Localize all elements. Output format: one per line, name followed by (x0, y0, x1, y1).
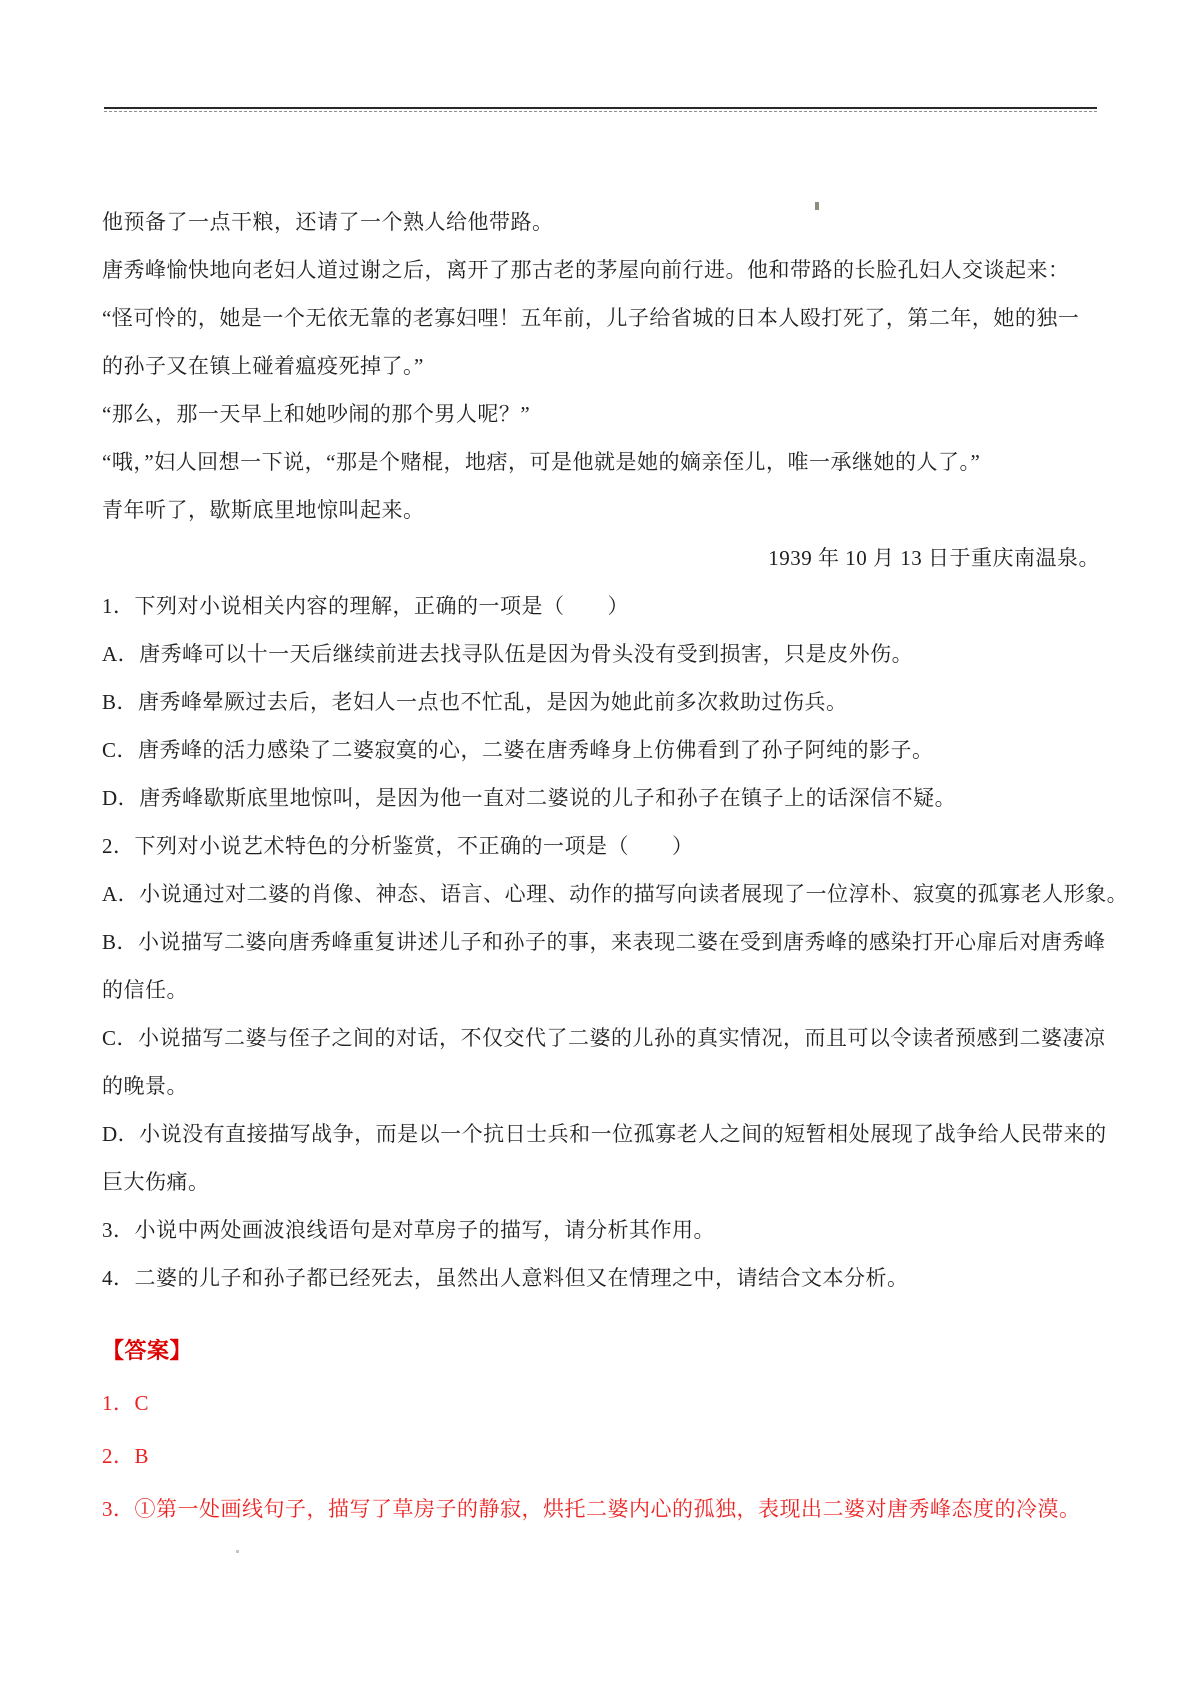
answer-1: 1．C (102, 1377, 1100, 1430)
question-4: 4．二婆的儿子和孙子都已经死去，虽然出人意料但又在情理之中，请结合文本分析。 (102, 1254, 1100, 1302)
passage-date-line: 1939 年 10 月 13 日于重庆南温泉。 (102, 534, 1100, 582)
scan-artifact-dot (236, 1550, 239, 1553)
passage-dialogue-1-line-2: 的孙子又在镇上碰着瘟疫死掉了。” (102, 342, 1100, 390)
question-3: 3．小说中两处画波浪线语句是对草房子的描写，请分析其作用。 (102, 1206, 1100, 1254)
header-divider-line (104, 107, 1097, 112)
passage-dialogue-1-line-1: “怪可怜的，她是一个无依无靠的老寡妇哩！五年前，儿子给省城的日本人殴打死了，第二… (102, 294, 1100, 342)
question-2-stem: 2．下列对小说艺术特色的分析鉴赏，不正确的一项是（ ） (102, 822, 1100, 870)
answer-2: 2．B (102, 1430, 1100, 1483)
question-2-option-b-line-2: 的信任。 (102, 966, 1100, 1014)
document-page: 他预备了一点干粮，还请了一个熟人给他带路。唐秀峰愉快地向老妇人道过谢之后，离开了… (0, 0, 1200, 1698)
question-2-option-d-line-1: D．小说没有直接描写战争，而是以一个抗日士兵和一位孤寡老人之间的短暂相处展现了战… (102, 1110, 1100, 1158)
question-2-option-b-line-1: B．小说描写二婆向唐秀峰重复讲述儿子和孙子的事，来表现二婆在受到唐秀峰的感染打开… (102, 918, 1100, 966)
question-2-option-c-line-2: 的晚景。 (102, 1062, 1100, 1110)
question-1-option-c: C．唐秀峰的活力感染了二婆寂寞的心，二婆在唐秀峰身上仿佛看到了孙子阿纯的影子。 (102, 726, 1100, 774)
answer-key-heading: 【答案】 (102, 1324, 1100, 1377)
passage-narration-1: 他预备了一点干粮，还请了一个熟人给他带路。 (102, 198, 1100, 246)
answer-3: 3．①第一处画线句子，描写了草房子的静寂，烘托二婆内心的孤独，表现出二婆对唐秀峰… (102, 1483, 1100, 1536)
question-2-option-c-line-1: C．小说描写二婆与侄子之间的对话，不仅交代了二婆的儿孙的真实情况，而且可以令读者… (102, 1014, 1100, 1062)
document-body: 他预备了一点干粮，还请了一个熟人给他带路。唐秀峰愉快地向老妇人道过谢之后，离开了… (102, 198, 1100, 1302)
question-1-option-d: D．唐秀峰歇斯底里地惊叫，是因为他一直对二婆说的儿子和孙子在镇子上的话深信不疑。 (102, 774, 1100, 822)
passage-dialogue-2: “那么，那一天早上和她吵闹的那个男人呢？” (102, 390, 1100, 438)
answer-key-items: 1．C2．B3．①第一处画线句子，描写了草房子的静寂，烘托二婆内心的孤独，表现出… (102, 1377, 1100, 1536)
question-2-option-d-line-2: 巨大伤痛。 (102, 1158, 1100, 1206)
passage-dialogue-3: “哦，”妇人回想一下说，“那是个赌棍，地痞，可是他就是她的嫡亲侄儿，唯一承继她的… (102, 438, 1100, 486)
passage-narration-2: 唐秀峰愉快地向老妇人道过谢之后，离开了那古老的茅屋向前行进。他和带路的长脸孔妇人… (102, 246, 1100, 294)
question-2-option-a: A．小说通过对二婆的肖像、神态、语言、心理、动作的描写向读者展现了一位淳朴、寂寞… (102, 870, 1100, 918)
question-1-option-a: A．唐秀峰可以十一天后继续前进去找寻队伍是因为骨头没有受到损害，只是皮外伤。 (102, 630, 1100, 678)
passage-narration-3: 青年听了，歇斯底里地惊叫起来。 (102, 486, 1100, 534)
question-1-stem: 1．下列对小说相关内容的理解，正确的一项是（ ） (102, 582, 1100, 630)
answer-key-section: 【答案】 1．C2．B3．①第一处画线句子，描写了草房子的静寂，烘托二婆内心的孤… (102, 1324, 1100, 1536)
question-1-option-b: B．唐秀峰晕厥过去后，老妇人一点也不忙乱，是因为她此前多次救助过伤兵。 (102, 678, 1100, 726)
